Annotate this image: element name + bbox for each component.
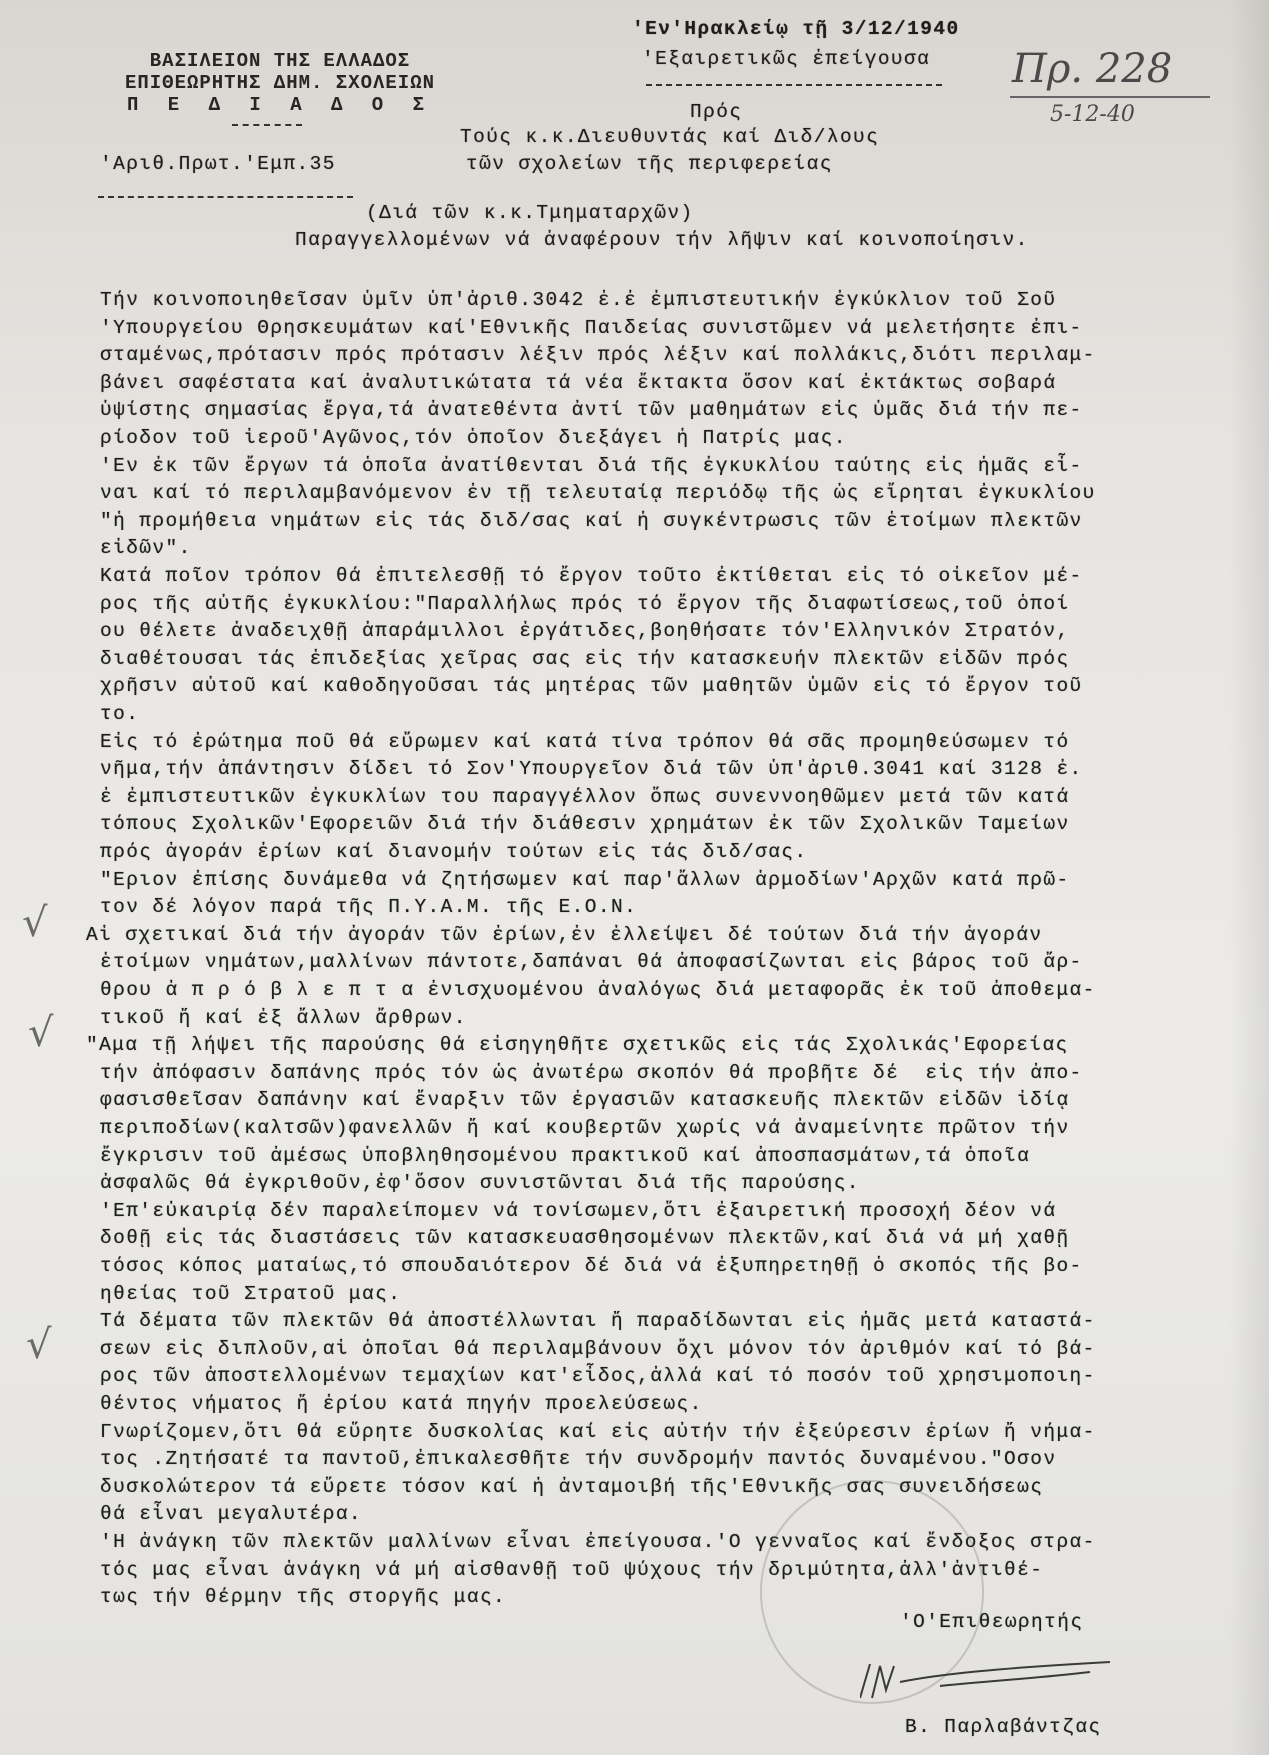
place-date: 'Εν'Ηρακλείῳ τῇ 3/12/1940 (632, 20, 960, 40)
protocol-number: 'Αριθ.Πρωτ.'Εμπ.35 (100, 155, 336, 175)
signature-name: Β. Παρλαβάντζας (905, 1718, 1102, 1738)
handwritten-underline (1010, 96, 1210, 98)
body-line: πρός ἀγοράν ἐρίων καί διανομήν τούτων εἰ… (100, 843, 808, 863)
body-line: "Εριον ἐπίσης δυνάμεθα νά ζητήσωμεν καί … (100, 871, 1070, 891)
body-line: "Αμα τῇ λήψει τῆς παρούσης θά εἰσηγηθῆτε… (86, 1036, 1069, 1056)
letterhead-divider (232, 124, 302, 126)
body-line: βάνει σαφέστατα καί ἀναλυτικώτατα τά νέα… (100, 374, 1056, 394)
document-page: ΒΑΣΙΛΕΙΟΝ ΤΗΣ ΕΛΛΑΔΟΣ ΕΠΙΘΕΩΡΗΤΗΣ ΔΗΜ. Σ… (0, 0, 1269, 1755)
body-line: ἀσφαλῶς θά ἐγκριθοῦν,ἐφ'ὅσον συνιστῶνται… (100, 1174, 860, 1194)
body-line: τον δέ λόγον παρά τῆς Π.Υ.Α.Μ. τῆς Ε.Ο.Ν… (100, 898, 637, 918)
body-line: τόσος κόπος ματαίως,τό σπουδαιότερον δέ … (100, 1257, 1083, 1277)
checkmark-icon: √ (28, 1010, 54, 1056)
letterhead-region: Π Ε Δ Ι Α Δ Ο Σ (90, 94, 470, 116)
body-line: 'Επ'εὐκαιρίᾳ δέν παραλείπομεν νά τονίσωμ… (100, 1202, 1056, 1222)
body-line: 'Υπουργείου Θρησκευμάτων καί'Εθνικῆς Παι… (100, 319, 1083, 339)
body-line: ἑτοίμων νημάτων,μαλλίνων πάντοτε,δαπάναι… (100, 953, 1083, 973)
body-line: φασισθεῖσαν δαπάνην καί ἔναρξιν τῶν ἐργα… (100, 1091, 1070, 1111)
body-line: θά εἶναι μεγαλυτέρα. (100, 1505, 362, 1525)
body-line: "ἡ προμήθεια νημάτων εἰς τάς διδ/σας καί… (100, 512, 1083, 532)
body-line: ρος τῆς αὐτῆς ἐγκυκλίου:"Παραλλήλως πρός… (100, 595, 1070, 615)
body-line: ηθείας τοῦ Στρατοῦ μας. (100, 1285, 401, 1305)
urgency-underline (646, 84, 942, 86)
body-line: ρος τῶν ἀποστελλομένων τεμαχίων κατ'εἶδο… (100, 1367, 1096, 1387)
body-line: 'Εν ἐκ τῶν ἔργων τά ὁποῖα ἀνατίθενται δι… (100, 457, 1083, 477)
body-line: τόπους Σχολικῶν'Εφορειῶν διά τήν διάθεσι… (100, 815, 1070, 835)
body-line: ου θέλετε ἀναδειχθῇ ἀπαράμιλλοι ἐργάτιδε… (100, 622, 1070, 642)
via-line: (Διά τῶν κ.κ.Τμηματαρχῶν) (366, 204, 694, 224)
body-line: ὑψίστης σημασίας ἔργα,τά ἀνατεθέντα ἀντί… (100, 401, 1083, 421)
recipient-to: Πρός (690, 103, 742, 123)
body-line: Εἰς τό ἐρώτημα ποῦ θά εὕρωμεν καί κατά τ… (100, 733, 1070, 753)
body-line: θέντος νήματος ἤ ἐρίου κατά πηγήν προελε… (100, 1395, 703, 1415)
recipient-line-1: Τούς κ.κ.Διευθυντάς καί Διδ/λους (460, 128, 879, 148)
body-line: Γνωρίζομεν,ὅτι θά εὕρητε δυσκολίας καί ε… (100, 1423, 1096, 1443)
body-line: Κατά ποῖον τρόπον θά ἐπιτελεσθῇ τό ἔργον… (100, 567, 1083, 587)
body-line: τικοῦ ἤ καί ἐξ ἄλλων ἄρθρων. (100, 1009, 467, 1029)
body-line: ναι καί τό περιλαμβανόμενον ἐν τῇ τελευτ… (100, 484, 1096, 504)
letterhead-inspector: ΕΠΙΘΕΩΡΗΤΗΣ ΔΗΜ. ΣΧΟΛΕΙΩΝ (90, 72, 470, 94)
handwritten-reference: Πρ. 228 (1012, 46, 1172, 92)
body-line: εἰδῶν". (100, 539, 192, 559)
body-line: τος .Ζητήσατέ τα παντοῦ,ἐπικαλεσθῆτε τήν… (100, 1450, 1056, 1470)
signature-title: 'Ο'Επιθεωρητής (900, 1613, 1083, 1633)
body-line: ρίοδον τοῦ ἱεροῦ'Αγῶνος,τόν ὁποῖον διεξά… (100, 429, 847, 449)
body-line: διαθέτουσαι τάς ἐπιδεξίας χεῖρας σας εἰς… (100, 650, 1070, 670)
body-line: δοθῇ εἰς τάς διαστάσεις τῶν κατασκευασθη… (100, 1229, 1070, 1249)
body-line: περιποδίων(καλτσῶν)φανελλῶν ἤ καί κουβερ… (100, 1119, 1070, 1139)
body-line: ἐ ἐμπιστευτικῶν ἐγκυκλίων του παραγγέλλο… (100, 788, 1070, 808)
recipient-line-2: τῶν σχολείων τῆς περιφερείας (466, 155, 833, 175)
body-line: τως τήν θέρμην τῆς στοργῆς μας. (100, 1588, 506, 1608)
body-line: ἔγκρισιν τοῦ ἀμέσως ὑποβληθησομένου πρακ… (100, 1147, 1030, 1167)
signature-scribble-icon (860, 1660, 1120, 1700)
body-line: σταμένως,πρότασιν πρός πρότασιν λέξιν πρ… (100, 346, 1096, 366)
body-line: χρῆσιν αὐτοῦ καί καθοδηγοῦσαι τάς μητέρα… (100, 677, 1083, 697)
body-line: το. (100, 705, 139, 725)
body-line: τήν ἀπόφασιν δαπάνης πρός τόν ὡς ἀνωτέρω… (100, 1064, 1083, 1084)
handwritten-date: 5-12-40 (1050, 102, 1135, 127)
letterhead-kingdom: ΒΑΣΙΛΕΙΟΝ ΤΗΣ ΕΛΛΑΔΟΣ (90, 50, 470, 72)
body-line: Αἱ σχετικαί διά τήν ἀγοράν τῶν ἐρίων,ἐν … (86, 926, 1042, 946)
body-line: Τήν κοινοποιηθεῖσαν ὑμῖν ὑπ'ἀριθ.3042 ἐ.… (100, 291, 1056, 311)
checkmark-icon: √ (26, 1322, 52, 1368)
body-line: Τά δέματα τῶν πλεκτῶν θά ἀποστέλλωνται ἤ… (100, 1312, 1096, 1332)
body-line: νῆμα,τήν ἀπάντησιν δίδει τό Σον'Υπουργεῖ… (100, 760, 1083, 780)
body-line: θρου ἀ π ρ ό β λ ε π τ α ἐνισχυομένου ἀν… (100, 981, 1096, 1001)
urgency-note: 'Εξαιρετικῶς ἐπείγουσα (642, 50, 930, 70)
protocol-divider (98, 196, 353, 198)
checkmark-icon: √ (22, 900, 48, 946)
instruction-line: Παραγγελλομένων νά ἀναφέρουν τήν λῆψιν κ… (295, 231, 1029, 251)
body-line: σεων εἰς διπλοῦν,αἱ ὁποῖαι θά περιλαμβάν… (100, 1340, 1096, 1360)
letterhead: ΒΑΣΙΛΕΙΟΝ ΤΗΣ ΕΛΛΑΔΟΣ ΕΠΙΘΕΩΡΗΤΗΣ ΔΗΜ. Σ… (90, 50, 470, 116)
